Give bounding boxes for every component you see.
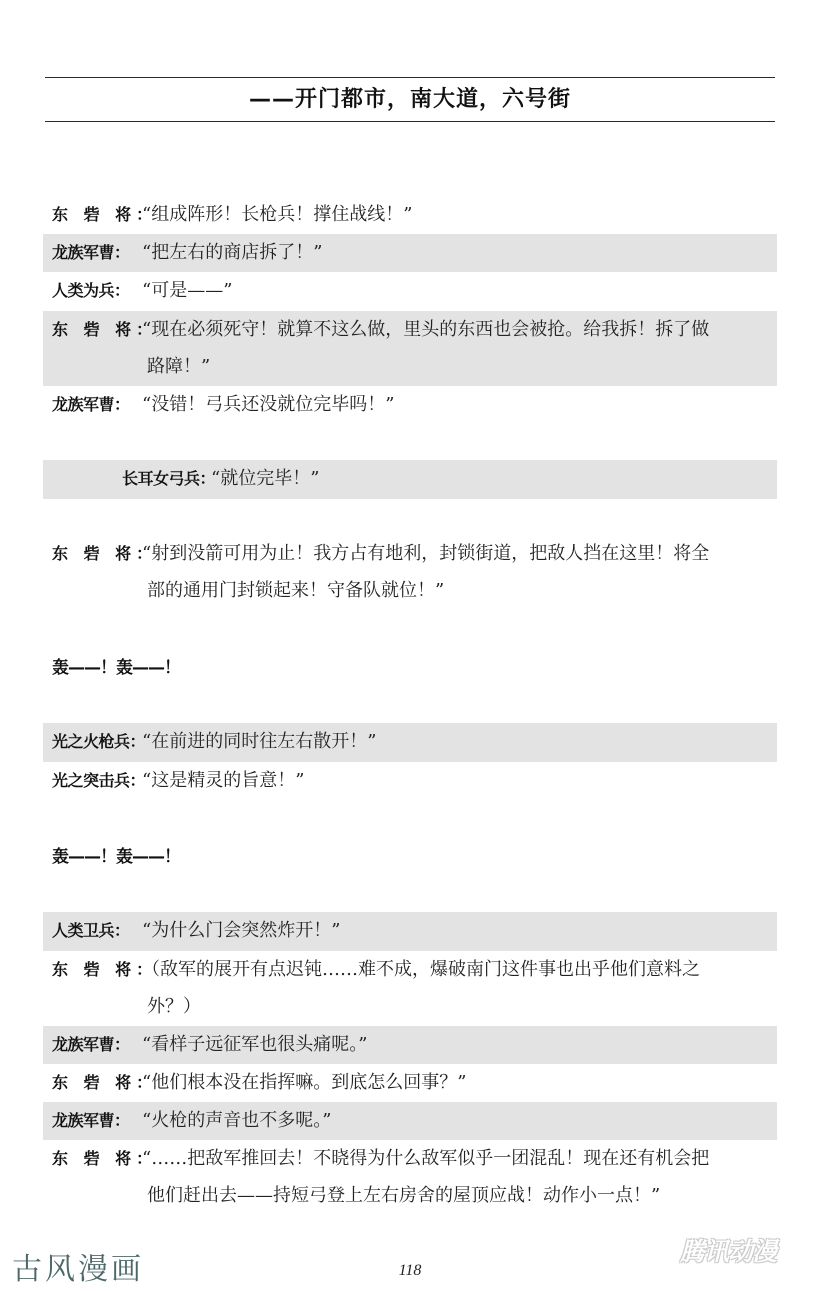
speaker-label: 长耳女弓兵： [122,460,215,498]
watermark-logo: 腾讯动漫 [680,1236,798,1268]
dialogue-text: “现在必须死守！就算不这么做，里头的东西也会被抢。给我拆！拆了做 [142,311,771,349]
dialogue-row: 东 砦 将： “现在必须死守！就算不这么做，里头的东西也会被抢。给我拆！拆了做 … [43,311,777,386]
dialogue-row: 东 砦 将： “射到没箭可用为止！我方占有地利，封锁街道，把敌人挡在这里！将全 … [43,535,777,610]
dialogue-row: 人类为兵： “可是——” [43,272,777,310]
speaker-label: 人类为兵： [52,272,130,310]
dialogue-text: “这是精灵的旨意！” [142,762,771,800]
top-rule [45,77,775,78]
dialogue-row: 东 砦 将： “他们根本没在指挥嘛。到底怎么回事？” [43,1064,777,1102]
sound-effect: 轰——！轰——！ [52,653,180,683]
dialogue-text: “没错！弓兵还没就位完毕吗！” [142,386,771,424]
dialogue-text-continued: 部的通用门封锁起来！守备队就位！” [147,572,771,610]
speaker-label: 龙族军曹： [52,386,130,424]
dialogue-text: “火枪的声音也不多呢。” [142,1102,771,1140]
bottom-rule [45,121,775,122]
dialogue-row: 光之火枪兵： “在前进的同时往左右散开！” [43,723,777,762]
dialogue-text: “就位完毕！” [211,460,771,498]
speaker-label: 人类卫兵： [52,912,130,950]
dialogue-text: （敌军的展开有点迟钝……难不成，爆破南门这件事也出乎他们意料之 [142,951,771,989]
dialogue-text-continued: 他们赶出去——持短弓登上左右房舍的屋顶应战！动作小一点！” [147,1177,771,1215]
dialogue-text-continued: 外？） [147,988,771,1026]
chapter-title: ——开门都市，南大道，六号街 [45,84,775,116]
dialogue-text: “可是——” [142,272,771,310]
dialogue-text: “……把敌军推回去！不晓得为什么敌军似乎一团混乱！现在还有机会把 [142,1140,771,1178]
dialogue-row: 东 砦 将： “组成阵形！长枪兵！撑住战线！” [43,196,777,234]
dialogue-text: “在前进的同时往左右散开！” [142,723,771,761]
dialogue-row: 东 砦 将： “……把敌军推回去！不晓得为什么敌军似乎一团混乱！现在还有机会把 … [43,1140,777,1215]
dialogue-row: 龙族军曹： “没错！弓兵还没就位完毕吗！” [43,386,777,424]
dialogue-text: “看样子远征军也很头痛呢。” [142,1026,771,1064]
dialogue-text: “把左右的商店拆了！” [142,234,771,272]
dialogue-row: 龙族军曹： “火枪的声音也不多呢。” [43,1102,777,1140]
speaker-label: 光之火枪兵： [52,723,145,761]
speaker-label: 龙族军曹： [52,1102,130,1140]
speaker-label: 光之突击兵： [52,762,145,800]
dialogue-row: 人类卫兵： “为什么门会突然炸开！” [43,912,777,951]
dialogue-row: 东 砦 将： （敌军的展开有点迟钝……难不成，爆破南门这件事也出乎他们意料之 外… [43,951,777,1026]
speaker-label: 龙族军曹： [52,234,130,272]
dialogue-row: 长耳女弓兵： “就位完毕！” [43,460,777,499]
dialogue-text: “组成阵形！长枪兵！撑住战线！” [142,196,771,234]
dialogue-text-continued: 路障！” [147,348,771,386]
dialogue-row: 龙族军曹： “看样子远征军也很头痛呢。” [43,1026,777,1064]
sound-effect: 轰——！轰——！ [52,842,180,872]
dialogue-row: 光之突击兵： “这是精灵的旨意！” [43,762,777,800]
dialogue-row: 龙族军曹： “把左右的商店拆了！” [43,234,777,272]
dialogue-text: “他们根本没在指挥嘛。到底怎么回事？” [142,1064,771,1102]
dialogue-text: “射到没箭可用为止！我方占有地利，封锁街道，把敌人挡在这里！将全 [142,535,771,573]
dialogue-text: “为什么门会突然炸开！” [142,912,771,950]
speaker-label: 龙族军曹： [52,1026,130,1064]
